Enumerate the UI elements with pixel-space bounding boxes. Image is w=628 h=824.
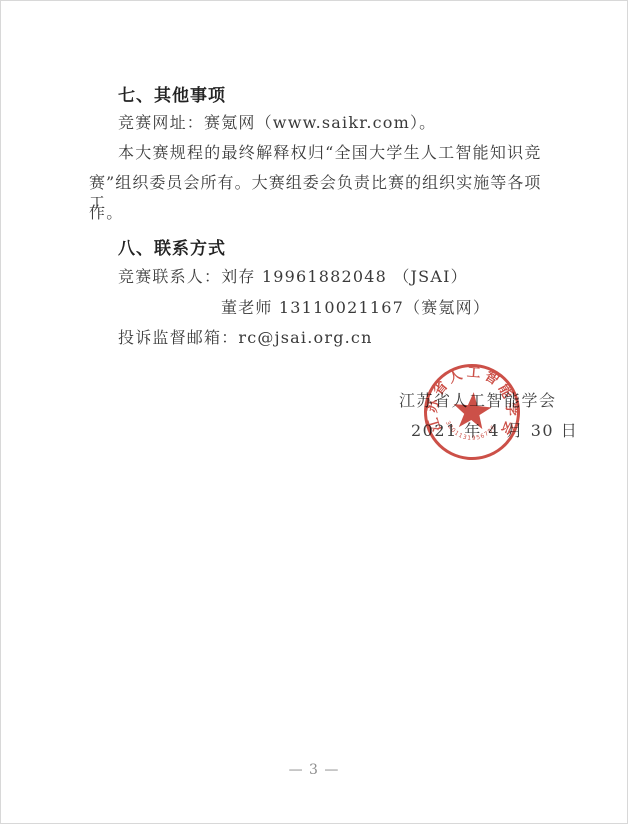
document-page: 七、其他事项 竞赛网址：赛氪网（www.saikr.com）。 本大赛规程的最终…	[0, 0, 628, 824]
body-line-website: 竞赛网址：赛氪网（www.saikr.com）。	[118, 113, 436, 133]
body-line-interpretation-1: 本大赛规程的最终解释权归“全国大学生人工智能知识竞	[118, 143, 541, 163]
official-seal: 江苏省人工智能学会 3201131956786	[416, 356, 529, 469]
signature-org-name: 江苏省人工智能学会	[399, 391, 557, 411]
section-heading-other-matters: 七、其他事项	[118, 86, 226, 107]
seal-ring	[422, 362, 523, 463]
body-line-interpretation-2: 赛”组织委员会所有。大赛组委会负责比赛的组织实施等各项工	[89, 173, 541, 213]
body-line-interpretation-3: 作。	[89, 203, 123, 223]
body-line-contact-person-1: 竞赛联系人：刘存 19961882048 （JSAI）	[118, 267, 468, 287]
body-line-contact-person-2: 董老师 13110021167（赛氪网）	[221, 298, 490, 318]
page-number: — 3 —	[1, 762, 627, 778]
body-line-complaint-email: 投诉监督邮箱：rc@jsai.org.cn	[118, 328, 373, 348]
official-seal-graphic: 江苏省人工智能学会 3201131956786	[416, 356, 529, 469]
section-heading-contact: 八、联系方式	[118, 239, 226, 260]
signature-date: 2021 年 4 月 30 日	[411, 421, 578, 441]
